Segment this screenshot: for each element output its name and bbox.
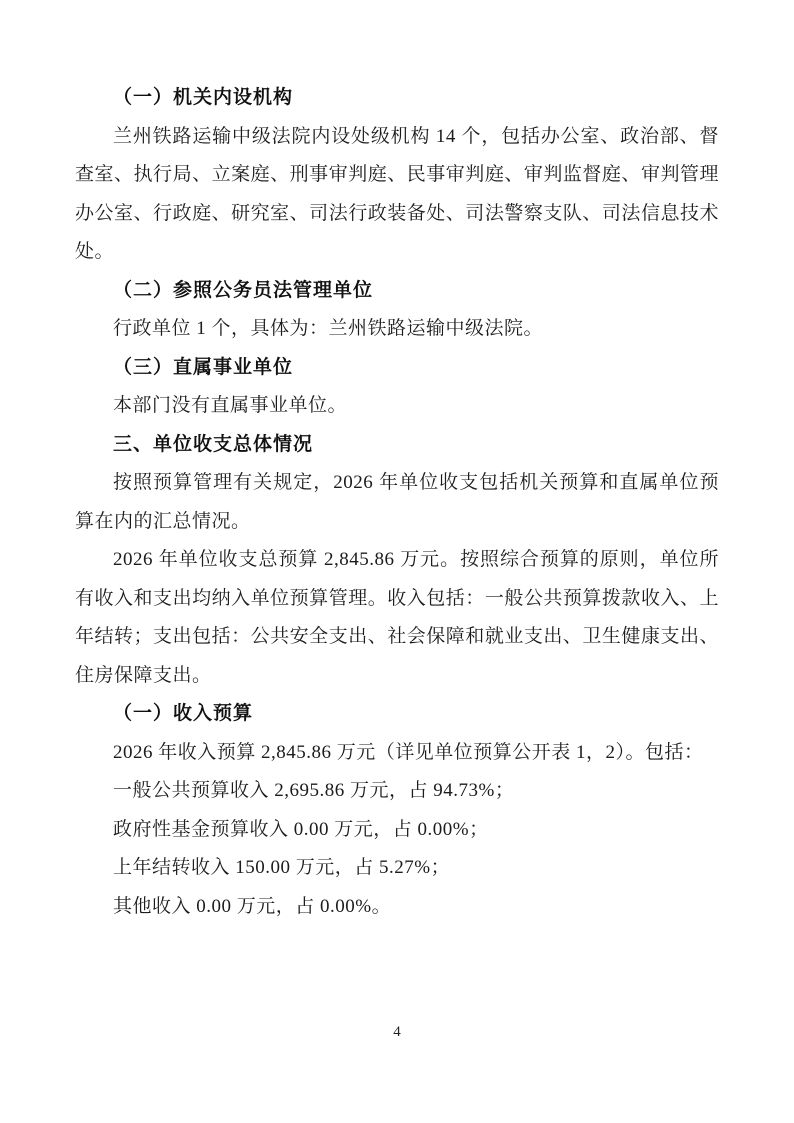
section-heading-internal-organs: （一）机关内设机构 [75, 79, 719, 118]
section-heading-income-budget: （一）收入预算 [75, 695, 719, 734]
paragraph-administrative-unit-detail: 行政单位 1 个，具体为：兰州铁路运输中级法院。 [75, 310, 719, 349]
paragraph-income-budget-total: 2026 年收入预算 2,845.86 万元（详见单位预算公开表 1，2）。包括… [75, 734, 719, 773]
section-heading-subordinate-institutions: （三）直属事业单位 [75, 349, 719, 388]
paragraph-general-public-budget-income: 一般公共预算收入 2,695.86 万元，占 94.73%； [75, 772, 719, 811]
paragraph-government-fund-income: 政府性基金预算收入 0.00 万元，占 0.00%； [75, 811, 719, 850]
document-page: （一）机关内设机构 兰州铁路运输中级法院内设处级机构 14 个，包括办公室、政治… [0, 0, 794, 1123]
paragraph-other-income: 其他收入 0.00 万元，占 0.00%。 [75, 888, 719, 927]
page-number: 4 [0, 1022, 794, 1042]
paragraph-no-subordinate-institutions: 本部门没有直属事业单位。 [75, 387, 719, 426]
document-body: （一）机关内设机构 兰州铁路运输中级法院内设处级机构 14 个，包括办公室、政治… [75, 79, 719, 926]
section-heading-civil-servant-law-units: （二）参照公务员法管理单位 [75, 272, 719, 311]
paragraph-budget-regulation: 按照预算管理有关规定，2026 年单位收支包括机关预算和直属单位预算在内的汇总情… [75, 464, 719, 541]
paragraph-internal-organs-detail: 兰州铁路运输中级法院内设处级机构 14 个，包括办公室、政治部、督查室、执行局、… [75, 118, 719, 272]
paragraph-total-budget: 2026 年单位收支总预算 2,845.86 万元。按照综合预算的原则，单位所有… [75, 541, 719, 695]
paragraph-carryover-income: 上年结转收入 150.00 万元，占 5.27%； [75, 849, 719, 888]
section-heading-overall-budget: 三、单位收支总体情况 [75, 426, 719, 465]
